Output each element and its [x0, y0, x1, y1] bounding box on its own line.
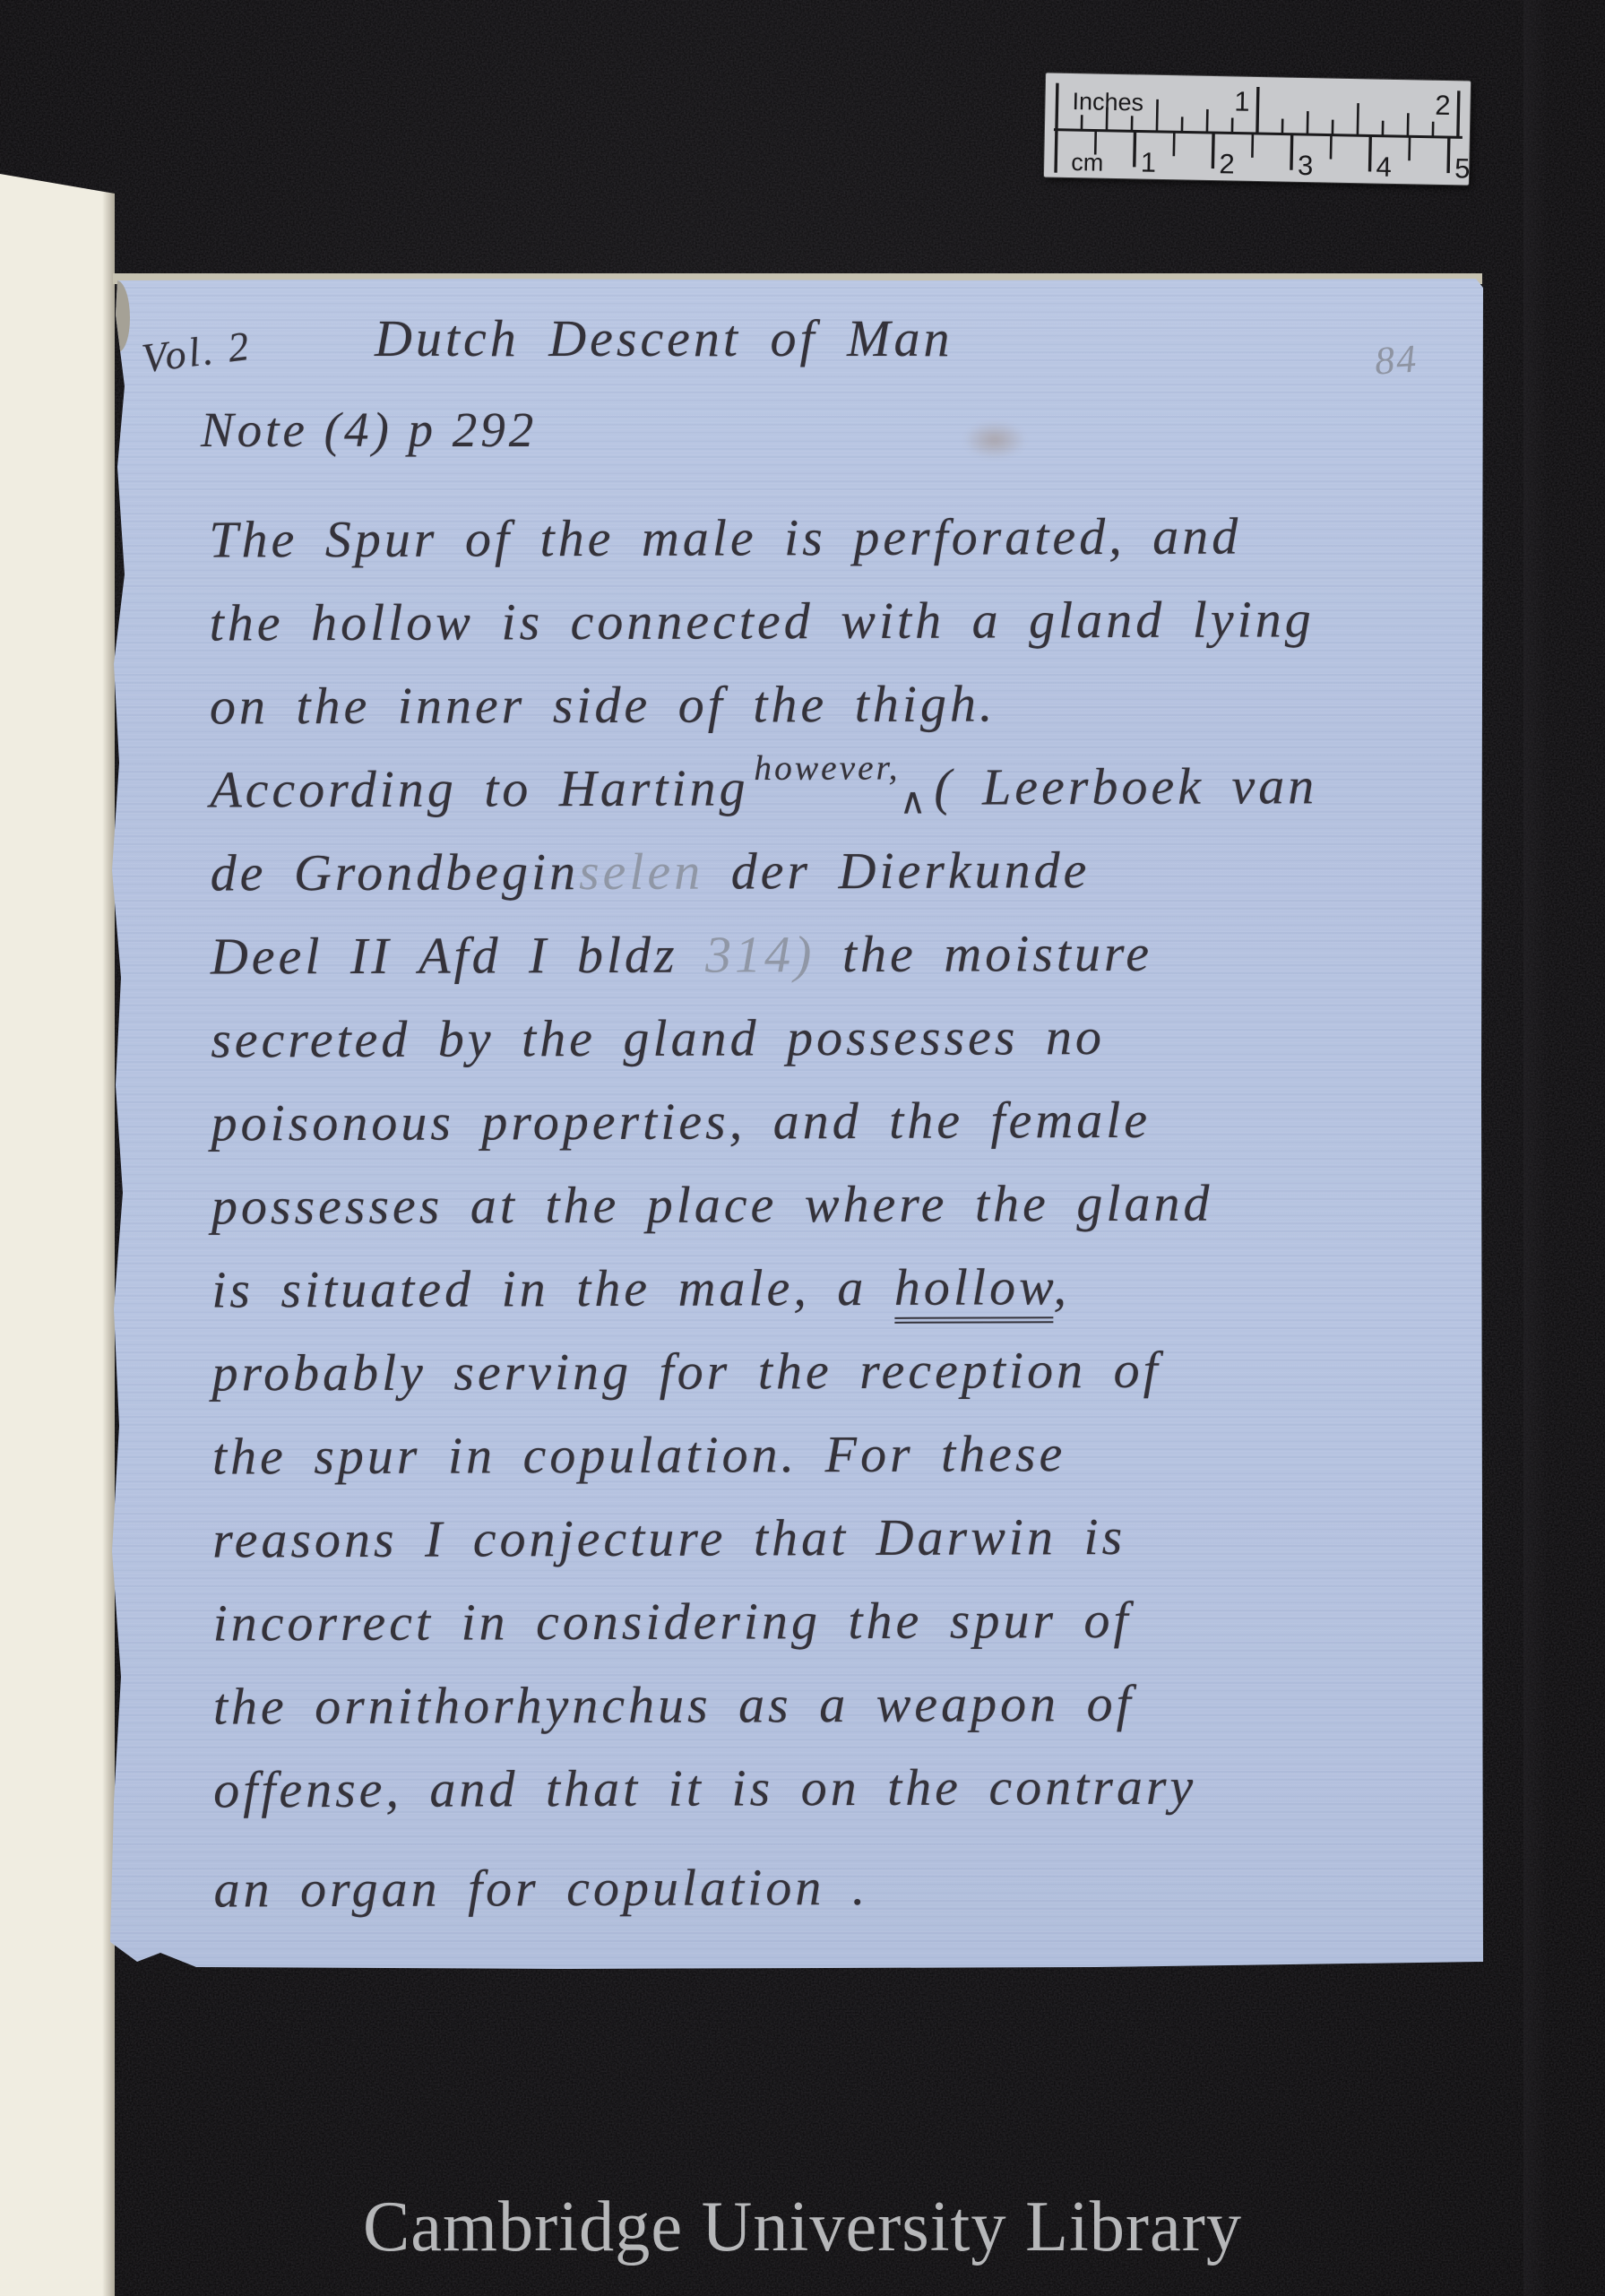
book-page-edge [0, 168, 115, 2296]
manuscript-line: offense, and that it is on the contrary [213, 1755, 1504, 1843]
manuscript-segment: secreted by the gland possesses no [211, 1007, 1105, 1068]
paper-smudge [952, 414, 1038, 466]
manuscript-segment: possesses at the place where the gland [211, 1174, 1213, 1236]
ruler-tick [1458, 91, 1459, 137]
manuscript-line: the ornithorhynchus as a weapon of [213, 1671, 1504, 1759]
manuscript-segment: the spur in copulation. For these [212, 1424, 1066, 1485]
folio-number-pencil: 84 [1373, 335, 1419, 384]
manuscript-segment: poisonous properties, and the female [211, 1091, 1151, 1152]
manuscript-line: Deel II Afd I bldz 314) the moisture [211, 921, 1501, 1009]
manuscript-line: probably serving for the reception of [211, 1338, 1502, 1426]
manuscript-segment: on the inner side of the thigh. [210, 674, 997, 735]
document-title: Dutch Descent of Man [375, 308, 953, 368]
ruler-number: 2 [1435, 90, 1451, 121]
manuscript-line: According to Hartinghowever,∧( Leerboek … [210, 755, 1500, 842]
ruler-number: 3 [1298, 150, 1314, 181]
manuscript-line: reasons I conjecture that Darwin is [212, 1505, 1503, 1593]
ruler-tick [1358, 103, 1359, 135]
ruler-tick [1252, 134, 1253, 158]
library-watermark: Cambridge University Library [16, 2187, 1589, 2268]
ruler-tick [1257, 87, 1258, 134]
manuscript-segment: hollow [894, 1257, 1054, 1324]
manuscript-segment: reasons I conjecture that Darwin is [212, 1507, 1126, 1569]
ruler-scale: Inchescm1212345 [1044, 73, 1471, 185]
ruler-cm-label: cm [1071, 149, 1104, 177]
manuscript-line: the spur in copulation. For these [212, 1421, 1503, 1509]
ruler-tick [1056, 130, 1057, 173]
backdrop-seam [1523, 0, 1565, 2296]
note-reference: Note (4) p 292 [201, 401, 537, 458]
manuscript-segment: de Grondbegin [211, 842, 580, 902]
manuscript-segment: ∧ [900, 779, 930, 822]
manuscript-segment: probably serving for the reception of [211, 1341, 1161, 1403]
manuscript-line: incorrect in considering the spur of [212, 1588, 1503, 1676]
manuscript-line: poisonous properties, and the female [211, 1088, 1501, 1176]
ruler-tick [1448, 137, 1449, 173]
manuscript-line: possesses at the place where the gland [211, 1171, 1502, 1259]
manuscript-segment: an organ for copulation . [213, 1858, 868, 1919]
ruler-number: 2 [1219, 148, 1235, 179]
manuscript-segment: is situated in the male, a [211, 1258, 894, 1319]
ruler-tick [1331, 135, 1332, 160]
ruler-tick [1291, 134, 1292, 170]
manuscript-segment: the hollow is connected with a gland lyi… [210, 590, 1315, 652]
ruler-number: 1 [1141, 147, 1157, 178]
manuscript-segment: der Dierkunde [703, 841, 1090, 901]
manuscript-segment: the moisture [815, 924, 1152, 983]
ruler-tick [1057, 83, 1057, 130]
manuscript-line: the hollow is connected with a gland lyi… [210, 588, 1500, 676]
ruler-tick [1212, 133, 1213, 168]
manuscript-segment: incorrect in considering the spur of [212, 1591, 1131, 1653]
ruler-inches-label: Inches [1072, 88, 1143, 117]
ruler-tick [1370, 135, 1371, 171]
ruler-number: 1 [1234, 86, 1250, 117]
ruler-tick [1174, 132, 1175, 156]
manuscript-segment: selen [579, 842, 703, 901]
manuscript-body: The Spur of the male is perforated, andt… [209, 505, 1505, 1942]
manuscript-segment: The Spur of the male is perforated, and [209, 506, 1241, 568]
manuscript-line: an organ for copulation . [213, 1854, 1504, 1942]
manuscript-segment: offense, and that it is on the contrary [213, 1757, 1196, 1819]
ruler-number: 5 [1454, 152, 1471, 184]
manuscript-segment: Deel II Afd I bldz [211, 926, 705, 986]
manuscript-line: is situated in the male, a hollow, [211, 1255, 1502, 1342]
manuscript-segment: ( Leerboek van [934, 756, 1317, 816]
manuscript-segment: however, [754, 747, 900, 789]
ruler-tick [1135, 131, 1135, 167]
manuscript-line: The Spur of the male is perforated, and [209, 505, 1499, 592]
ruler-svg: Inchescm1212345 [1044, 73, 1471, 185]
manuscript-line: secreted by the gland possesses no [211, 1005, 1501, 1092]
manuscript-segment: According to Harting [210, 758, 748, 818]
ruler-number: 4 [1376, 151, 1392, 183]
page-edge-shadow [102, 168, 115, 2296]
scanned-manuscript-photo: Vol. 2 Dutch Descent of Man 84 Note (4) … [0, 0, 1605, 2296]
ruler-tick [1157, 99, 1158, 132]
manuscript-segment: the ornithorhynchus as a weapon of [213, 1674, 1135, 1736]
manuscript-segment: , [1053, 1257, 1070, 1316]
ruler-tick [1410, 136, 1411, 160]
manuscript-segment: 314) [705, 925, 815, 983]
manuscript-line: de Grondbeginselen der Dierkunde [211, 838, 1501, 926]
